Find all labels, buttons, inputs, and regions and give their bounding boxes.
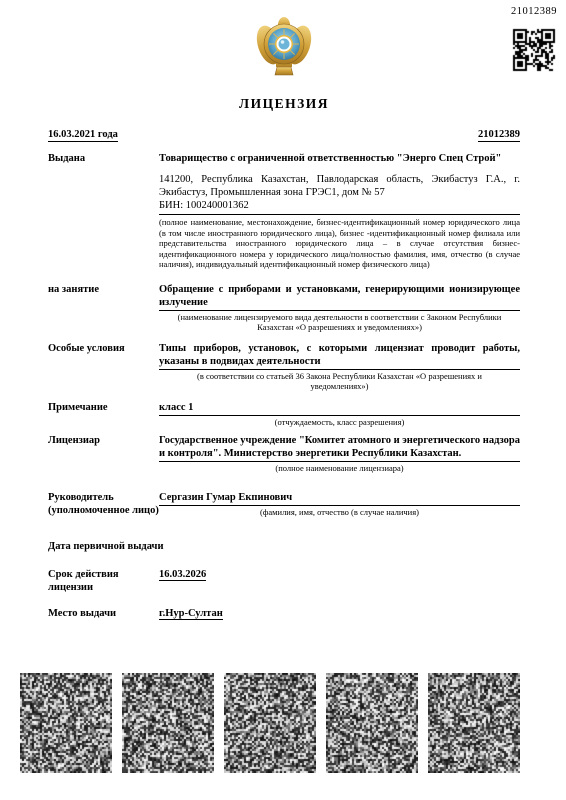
- license-document: 21012389: [0, 0, 566, 800]
- document-body: ЛИЦЕНЗИЯ 16.03.2021 года 21012389 Выдана…: [48, 96, 520, 620]
- licensor-label: Лицензиар: [48, 434, 159, 474]
- license-number: 21012389: [478, 128, 520, 142]
- document-number-top: 21012389: [511, 6, 557, 17]
- head-label-line1: Руководитель: [48, 491, 153, 504]
- barcode-2-icon: [122, 673, 214, 773]
- special-conditions-label: Особые условия: [48, 342, 159, 392]
- place-of-issue-label: Место выдачи: [48, 607, 159, 620]
- head-label-line2: (уполномоченное лицо): [48, 504, 153, 517]
- field-special-conditions: Особые условия Типы приборов, установок,…: [48, 342, 520, 392]
- barcode-1-icon: [20, 673, 112, 773]
- head-value: Сергазин Гумар Екпинович: [159, 491, 520, 506]
- barcode-row: [20, 673, 520, 773]
- barcode-4-icon: [326, 673, 418, 773]
- activity-value: Обращение с приборами и установками, ген…: [159, 283, 520, 311]
- field-issued-to: Выдана Товарищество с ограниченной ответ…: [48, 152, 520, 270]
- field-place-of-issue: Место выдачи г.Нур-Султан: [48, 607, 520, 620]
- field-first-issue-date: Дата первичной выдачи: [48, 540, 520, 553]
- remark-note: (отчуждаемость, класс разрешения): [159, 416, 520, 428]
- place-of-issue-value: г.Нур-Султан: [159, 608, 223, 620]
- barcode-3-icon: [224, 673, 316, 773]
- field-licensor: Лицензиар Государственное учреждение "Ко…: [48, 434, 520, 474]
- licensor-note: (полное наименование лицензиара): [159, 462, 520, 474]
- barcode-5-icon: [428, 673, 520, 773]
- validity-value: 16.03.2026: [159, 569, 206, 581]
- qr-code-icon: [512, 28, 556, 72]
- field-remark: Примечание класс 1 (отчуждаемость, класс…: [48, 401, 520, 428]
- special-conditions-value: Типы приборов, установок, с которыми лиц…: [159, 342, 520, 370]
- date-number-row: 16.03.2021 года 21012389: [48, 128, 520, 142]
- remark-label: Примечание: [48, 401, 159, 428]
- field-activity: на занятие Обращение с приборами и устан…: [48, 283, 520, 333]
- remark-value: класс 1: [159, 401, 520, 416]
- licensor-value: Государственное учреждение "Комитет атом…: [159, 434, 520, 462]
- licensee-bin: БИН: 100240001362: [159, 199, 520, 212]
- licensee-name: Товарищество с ограниченной ответственно…: [159, 152, 520, 165]
- first-issue-date-label: Дата первичной выдачи: [48, 540, 170, 553]
- activity-note: (наименование лицензируемого вида деятел…: [159, 311, 520, 333]
- head-note: (фамилия, имя, отчество (в случае наличи…: [159, 506, 520, 518]
- activity-label: на занятие: [48, 283, 159, 333]
- issue-date: 16.03.2021 года: [48, 128, 118, 142]
- validity-label: Срок действия лицензии: [48, 568, 159, 594]
- issued-to-label: Выдана: [48, 152, 159, 270]
- issued-to-note: (полное наименование, местонахождение, б…: [159, 217, 520, 270]
- special-conditions-note: (в соответствии со статьей 36 Закона Рес…: [159, 370, 520, 392]
- field-head: Руководитель (уполномоченное лицо) Серга…: [48, 491, 520, 518]
- licensee-address: 141200, Республика Казахстан, Павлодарск…: [159, 173, 520, 199]
- document-title: ЛИЦЕНЗИЯ: [48, 96, 520, 111]
- field-validity: Срок действия лицензии 16.03.2026: [48, 568, 520, 594]
- head-label: Руководитель (уполномоченное лицо): [48, 491, 159, 518]
- kazakhstan-emblem-icon: [256, 15, 312, 79]
